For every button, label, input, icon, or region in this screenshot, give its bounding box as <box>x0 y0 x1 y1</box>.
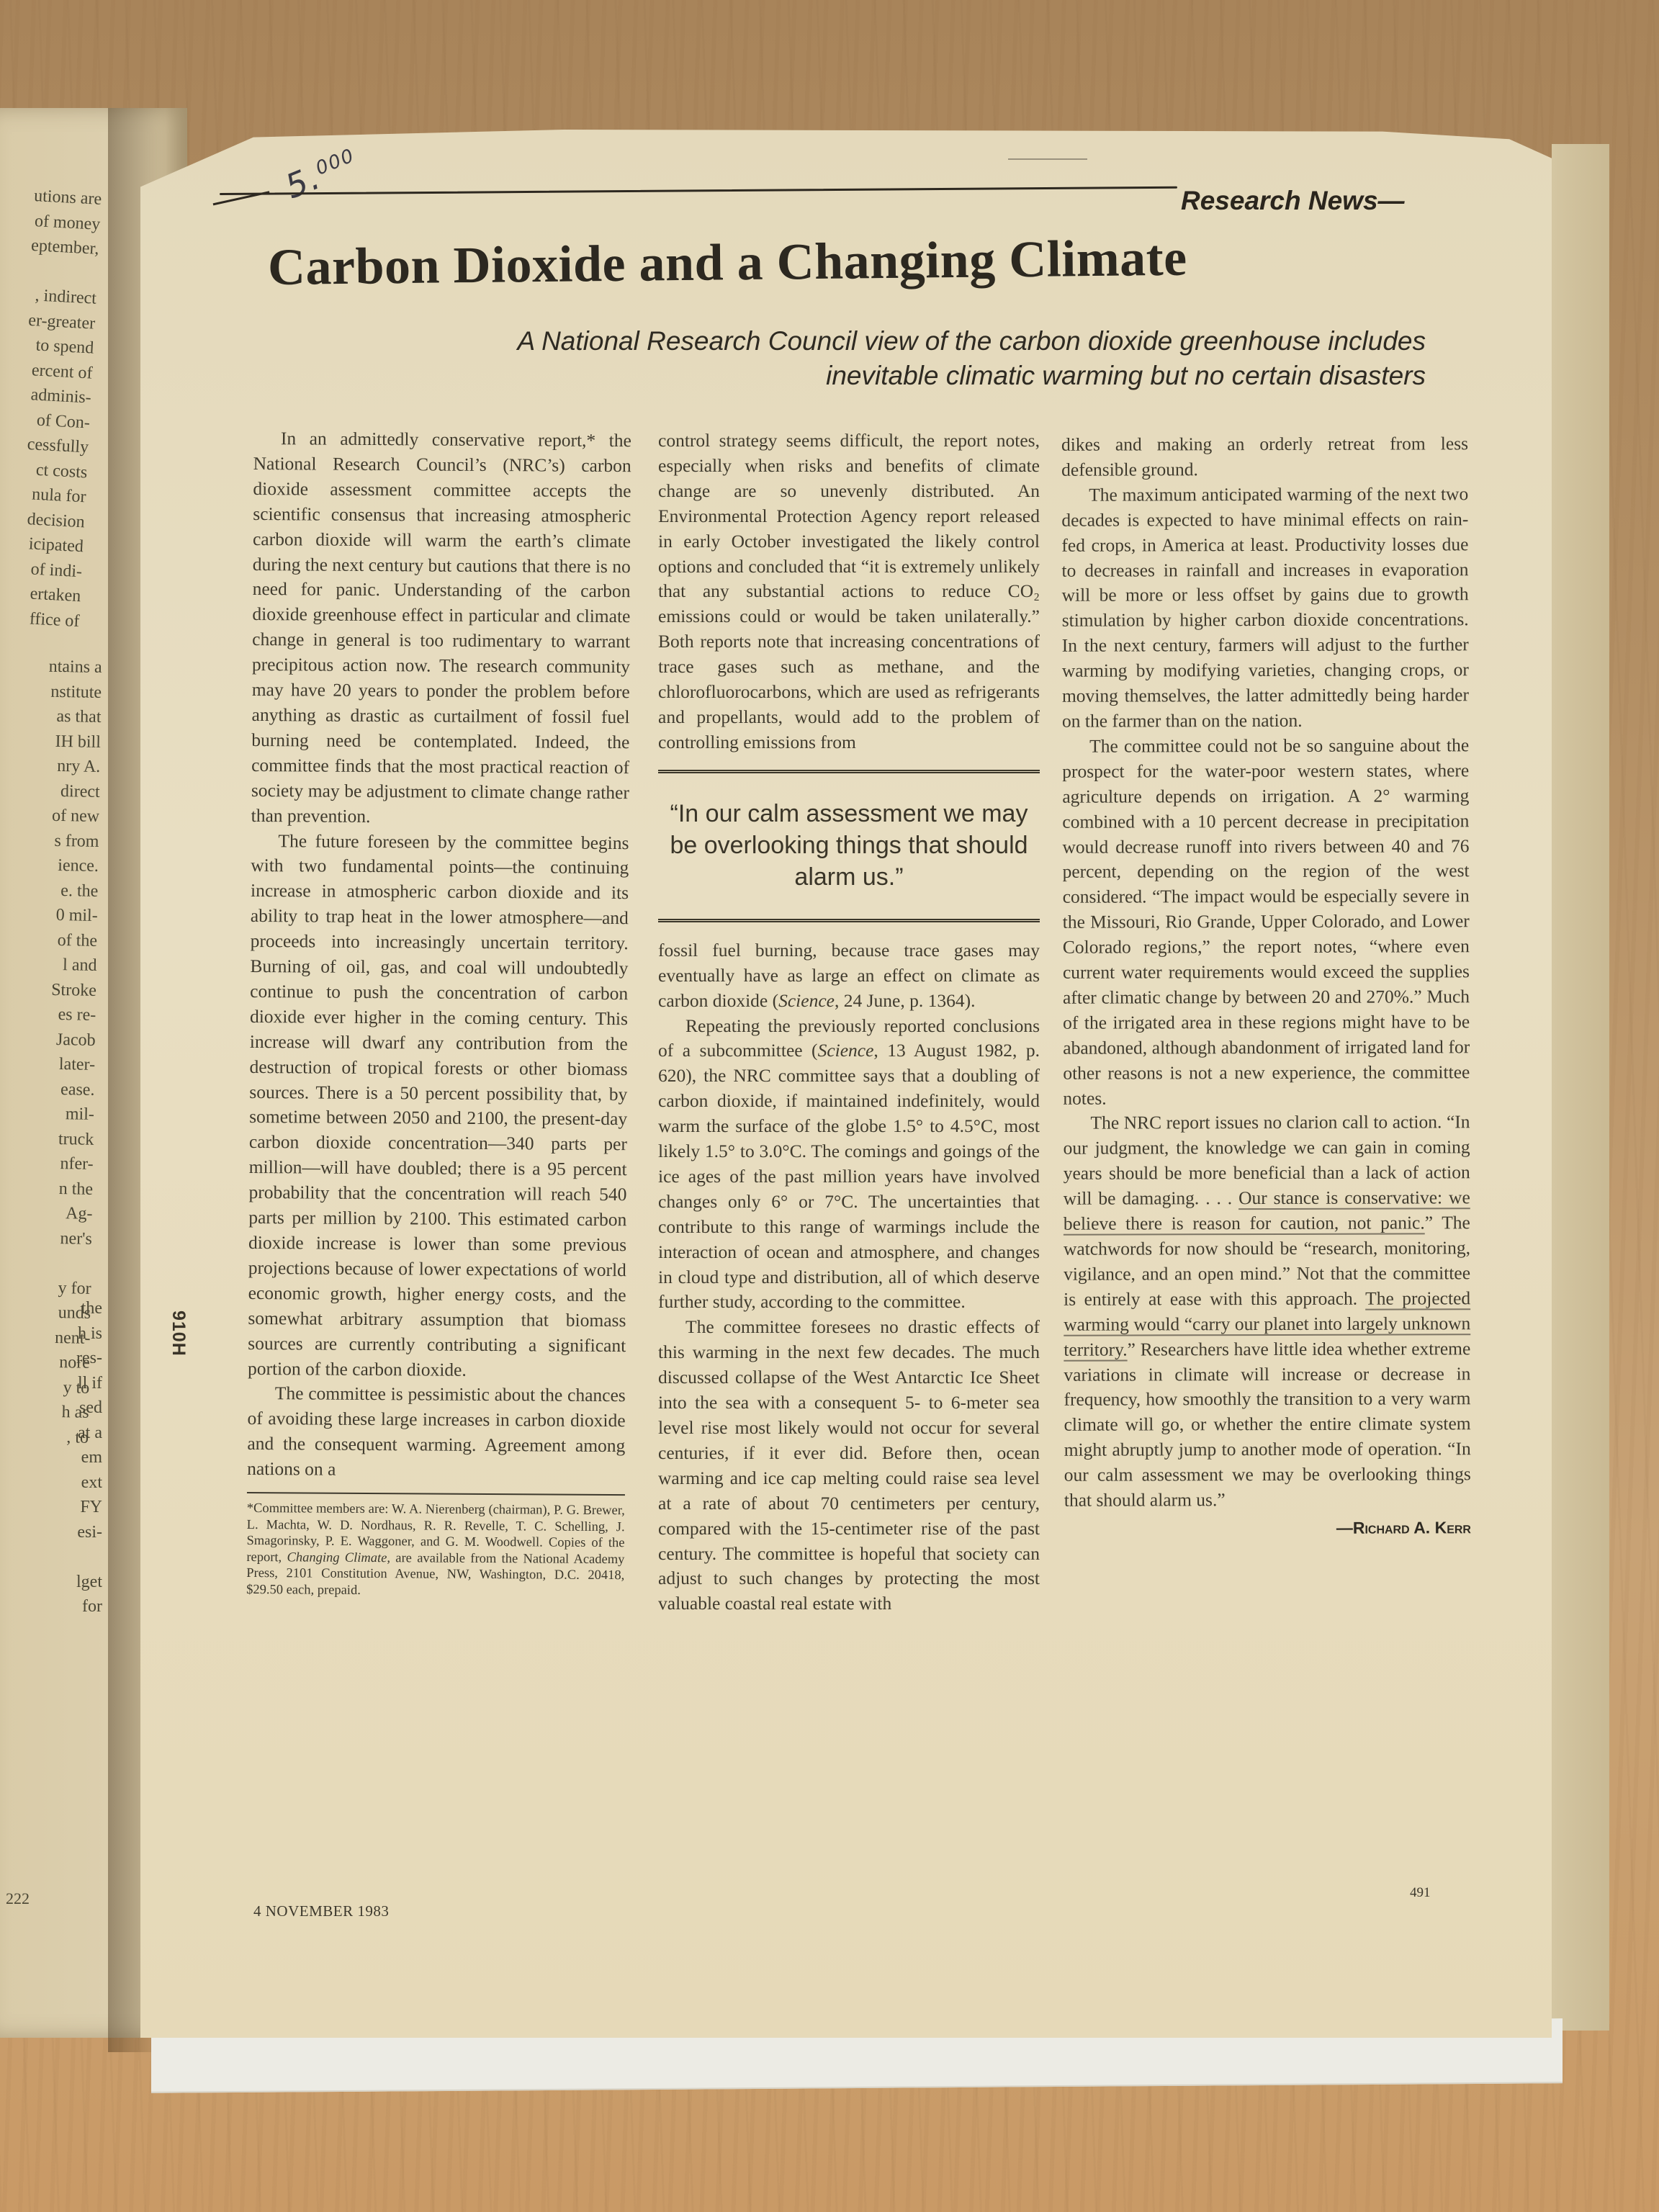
issue-date: 4 NOVEMBER 1983 <box>253 1902 389 1920</box>
page-number: 491 <box>1410 1885 1431 1901</box>
left-page-line: ner's <box>0 1222 92 1251</box>
footnote-divider <box>247 1492 625 1496</box>
left-page-line: FY <box>0 1495 102 1520</box>
left-page-line: for <box>0 1594 102 1619</box>
rotated-stamp: 910H <box>168 1310 189 1357</box>
paragraph: The future foreseen by the committee beg… <box>248 828 629 1383</box>
left-page-line: n the <box>0 1172 93 1202</box>
article-column-3: dikes and making an orderly retreat from… <box>1061 431 1471 1541</box>
paragraph: fossil fuel burning, because trace gases… <box>658 938 1040 1014</box>
left-page-line: at a <box>0 1421 102 1446</box>
left-page-line: Jacob <box>0 1023 96 1053</box>
left-page-line: esi- <box>0 1520 102 1545</box>
pull-quote: “In our calm assessment we may be overlo… <box>658 770 1040 922</box>
article-title: Carbon Dioxide and a Changing Climate <box>268 227 1277 297</box>
section-label: Research News— <box>1181 186 1405 216</box>
left-page-line: em <box>0 1445 102 1470</box>
left-page-line: res- <box>0 1346 102 1371</box>
subtitle-line-1: A National Research Council view of the … <box>317 324 1426 359</box>
paragraph: In an admittedly conservative report,* t… <box>251 426 631 831</box>
left-page-line: Stroke <box>0 974 96 1003</box>
left-page-line: s from <box>0 824 99 854</box>
byline: —Richard A. Kerr <box>1064 1515 1471 1541</box>
left-page-line: of the <box>0 924 97 953</box>
pencil-mark <box>1008 158 1087 160</box>
page-stack-edge <box>1552 144 1609 2031</box>
left-page-line: the <box>0 1296 102 1321</box>
left-page-line: truck <box>0 1123 94 1152</box>
left-page-line: as that <box>0 701 102 730</box>
paragraph: The committee could not be so sanguine a… <box>1062 733 1470 1111</box>
left-page-line: of new <box>0 800 99 829</box>
left-page-line: ntains a <box>0 651 102 680</box>
left-page-line: nstitute <box>0 675 102 705</box>
article-column-2: control strategy seems difficult, the re… <box>658 428 1040 1617</box>
left-page-line: mil- <box>0 1098 94 1128</box>
left-page-line: IH bill <box>0 725 101 755</box>
paragraph: dikes and making an orderly retreat from… <box>1061 431 1468 482</box>
left-page-line: ll if <box>0 1371 102 1396</box>
left-page-line: later- <box>0 1048 95 1078</box>
left-page-number: 222 <box>6 1889 30 1908</box>
left-page-line: l and <box>0 949 97 979</box>
paragraph: The committee is pessimistic about the c… <box>247 1381 626 1484</box>
left-page-text-upper: utions areof moneyeptember, , indirecter… <box>0 174 102 634</box>
left-page-line <box>0 1247 92 1277</box>
left-page-line: nfer- <box>0 1148 94 1177</box>
left-page-line: ease. <box>0 1073 95 1102</box>
left-page-text-bottom: theh isres-ll ifsedat aemextFYesi- lgetf… <box>0 1296 102 1619</box>
left-page-line: direct <box>0 775 100 804</box>
left-page-line: utions are <box>0 174 102 212</box>
paragraph: control strategy seems difficult, the re… <box>658 428 1040 755</box>
article-column-1: In an admittedly conservative report,* t… <box>246 426 631 1600</box>
paragraph: The NRC report issues no clarion call to… <box>1063 1110 1470 1514</box>
left-page-line: ext <box>0 1470 102 1496</box>
left-page-line: ience. <box>0 850 99 879</box>
left-page-line: sed <box>0 1395 102 1421</box>
paragraph: Repeating the previously reported conclu… <box>658 1014 1040 1316</box>
paragraph: The committee foresees no drastic effect… <box>658 1315 1040 1617</box>
left-page-line: lget <box>0 1570 102 1595</box>
paragraph: The maximum anticipated warming of the n… <box>1061 482 1469 734</box>
article-subtitle: A National Research Council view of the … <box>317 324 1426 393</box>
left-page-line: h is <box>0 1321 102 1346</box>
left-page-line: 0 mil- <box>0 899 98 929</box>
left-page-line: Ag- <box>0 1197 93 1227</box>
left-page-line <box>0 1545 102 1570</box>
left-page-line: e. the <box>0 874 99 904</box>
footnote: *Committee members are: W. A. Nierenberg… <box>246 1501 625 1600</box>
left-page-line: nry A. <box>0 750 101 780</box>
left-page-line: es re- <box>0 999 96 1028</box>
subtitle-line-2: inevitable climatic warming but no certa… <box>317 359 1426 393</box>
